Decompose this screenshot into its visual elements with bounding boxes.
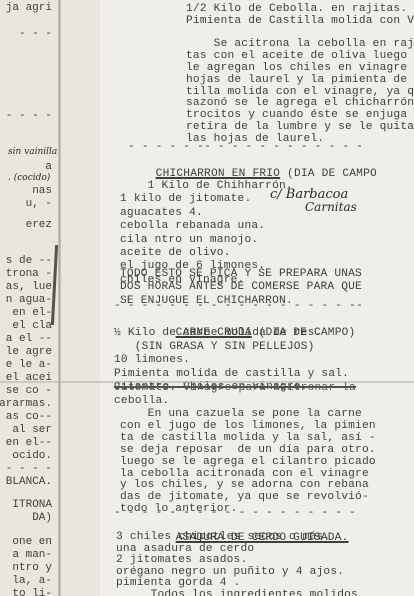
text-fragment: - - - [19, 28, 52, 41]
text-fragment: e le a- [6, 359, 52, 372]
text-fragment: en el- [12, 307, 52, 320]
text-fragment: u, - [26, 198, 52, 211]
text-fragment: al ser [12, 424, 52, 437]
text-fragment: as co-- [6, 411, 52, 424]
recipe-subtitle: (DIA DE CAMPO [287, 168, 377, 180]
text-fragment: el cla [12, 320, 52, 333]
ingredient-line: ½ Kilo de carne molida de res. [114, 327, 321, 340]
instruction-line: DOS HORAS ANTES DE COMERSE PARA QUE [120, 281, 362, 294]
text-fragment: s de -- [6, 255, 52, 268]
ingredient-line: (SIN GRASA Y SIN PELLEJOS) [114, 341, 315, 354]
text-fragment: ITRONA [12, 499, 52, 512]
handwritten-note: . (cocido) [8, 173, 50, 183]
struck-through-line: Jitomate. Vinagre para acitronar la [114, 382, 356, 395]
text-fragment: one en [12, 536, 52, 549]
ingredient-line: 1 kilo de jitomate. [120, 193, 251, 206]
page-fold-crease [0, 381, 414, 383]
ingredient-line: cebolla rebanada una. [120, 220, 265, 233]
ingredient-line: 10 limones. [114, 354, 190, 367]
ingredient-line: aceite de olivo. [120, 247, 231, 260]
text-fragment: el acei [6, 372, 52, 385]
text-fragment: BLANCA. [6, 476, 52, 489]
section-divider: - - - - - -- - - - - - - - - - - - [128, 141, 363, 154]
text-fragment: a man- [12, 549, 52, 562]
ingredient-line: aguacates 4. [120, 207, 203, 220]
text-fragment: trona - [6, 268, 52, 281]
text-fragment: DA) [32, 512, 52, 525]
text-fragment: ja agri [6, 2, 52, 15]
ingredient-line: 1 Kilo de Chihharrón. [120, 180, 293, 193]
text-fragment: ntro y [12, 562, 52, 575]
ingredient-line: Pimienta molida de castilla y sal. [114, 368, 349, 381]
text-fragment: ocido. [12, 450, 52, 463]
text-fragment: as, lue [6, 281, 52, 294]
instruction-line: TODO ESTO SE PICA Y SE PREPARA UNAS [120, 268, 362, 281]
handwritten-note: sin vainilla [8, 147, 57, 157]
text-fragment: pararmas. [0, 398, 52, 411]
text-fragment: n agua- [6, 294, 52, 307]
ingredient-line: cila ntro un manojo. [120, 234, 258, 247]
left-page: ja agri- - -- - - -sin vainillaa. (cocid… [0, 0, 100, 596]
text-fragment: la, a- [12, 575, 52, 588]
ingredient-line: cebolla. [114, 395, 169, 408]
handwritten-note-2: Carnitas [305, 200, 357, 214]
text-fragment: to li- [12, 588, 52, 596]
instruction-line: Todos los ingredientes molidos [116, 589, 358, 596]
text-fragment: nas [32, 185, 52, 198]
text-fragment: le agre [6, 346, 52, 359]
recipe-title: CHICHARRON EN FRIO [156, 168, 280, 180]
right-page: 1/2 Kilo de Cebolla. en rajitas.Pimienta… [100, 0, 414, 596]
text-fragment: - - - - [6, 110, 52, 123]
text-fragment: erez [26, 219, 52, 232]
text-fragment: - - - - - [0, 463, 52, 476]
text-fragment: a el -- [6, 333, 52, 346]
text-fragment: se co - [6, 385, 52, 398]
text-fragment: en el-- [6, 437, 52, 450]
page-binding-edge [58, 0, 61, 596]
section-divider: - - - - - - - - - - - - - - - - - -- [114, 300, 363, 313]
